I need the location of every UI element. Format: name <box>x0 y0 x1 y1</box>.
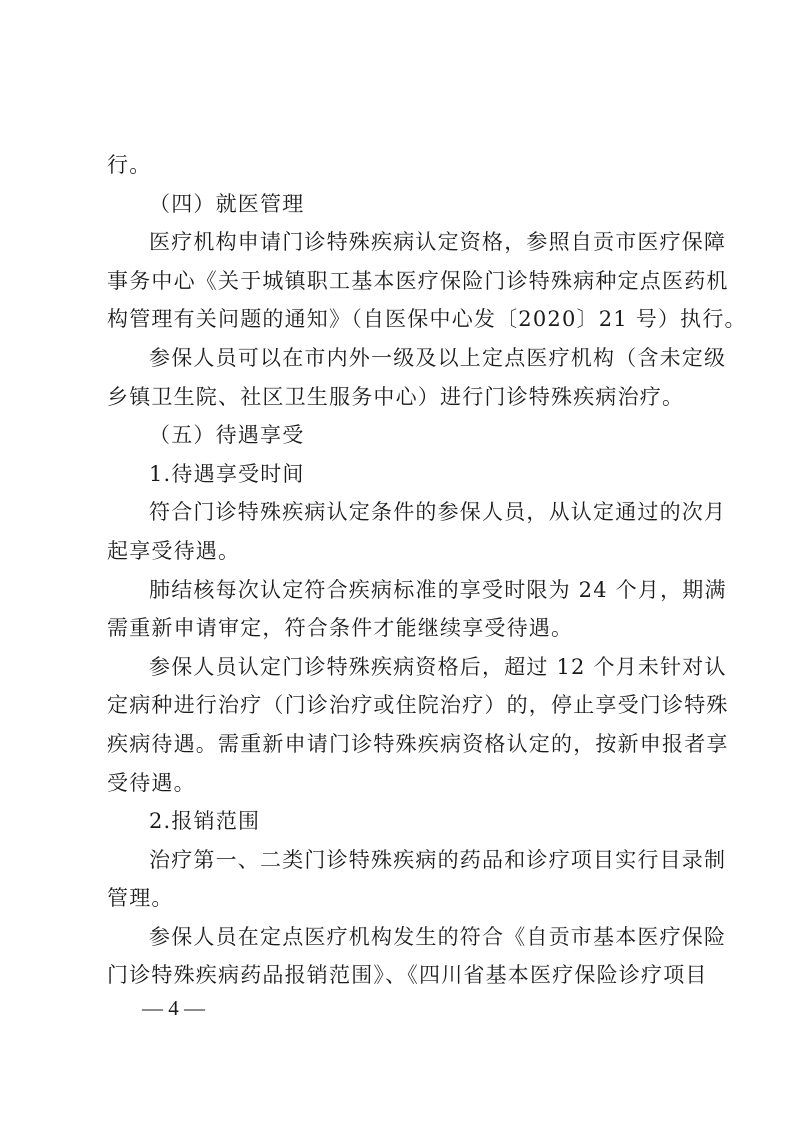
text-line: 起享受待遇。 <box>107 532 693 571</box>
text-line: 门诊特殊疾病药品报销范围》、《四川省基本医疗保险诊疗项目 <box>107 956 693 995</box>
text-line: 管理。 <box>107 879 693 918</box>
section-heading-benefits: （五）待遇享受 <box>107 416 693 455</box>
subheading-benefit-period: 1.待遇享受时间 <box>107 455 693 494</box>
page-number: — 4 — <box>142 996 205 1021</box>
text-line: 乡镇卫生院、社区卫生服务中心）进行门诊特殊疾病治疗。 <box>107 378 693 417</box>
text-line: 符合门诊特殊疾病认定条件的参保人员，从认定通过的次月 <box>107 493 693 532</box>
text-line: 参保人员在定点医疗机构发生的符合《自贡市基本医疗保险 <box>107 918 693 957</box>
document-body: 行。 （四）就医管理 医疗机构申请门诊特殊疾病认定资格，参照自贡市医疗保障 事务… <box>107 146 693 995</box>
text-line: 定病种进行治疗（门诊治疗或住院治疗）的，停止享受门诊特殊 <box>107 686 693 725</box>
text-line: 行。 <box>107 146 693 185</box>
subheading-reimbursement-scope: 2.报销范围 <box>107 802 693 841</box>
text-line: 参保人员认定门诊特殊疾病资格后，超过 12 个月未针对认 <box>107 648 693 687</box>
text-line: 需重新申请审定，符合条件才能继续享受待遇。 <box>107 609 693 648</box>
text-line: 肺结核每次认定符合疾病标准的享受时限为 24 个月，期满 <box>107 571 693 610</box>
text-line: 疾病待遇。需重新申请门诊特殊疾病资格认定的，按新申报者享 <box>107 725 693 764</box>
text-line: 受待遇。 <box>107 764 693 803</box>
text-line: 构管理有关问题的通知》（自医保中心发〔2020〕21 号）执行。 <box>107 300 693 339</box>
text-line: 事务中心《关于城镇职工基本医疗保险门诊特殊病种定点医药机 <box>107 262 693 301</box>
text-line: 参保人员可以在市内外一级及以上定点医疗机构（含未定级 <box>107 339 693 378</box>
section-heading-medical-management: （四）就医管理 <box>107 185 693 224</box>
text-line: 医疗机构申请门诊特殊疾病认定资格，参照自贡市医疗保障 <box>107 223 693 262</box>
text-line: 治疗第一、二类门诊特殊疾病的药品和诊疗项目实行目录制 <box>107 841 693 880</box>
